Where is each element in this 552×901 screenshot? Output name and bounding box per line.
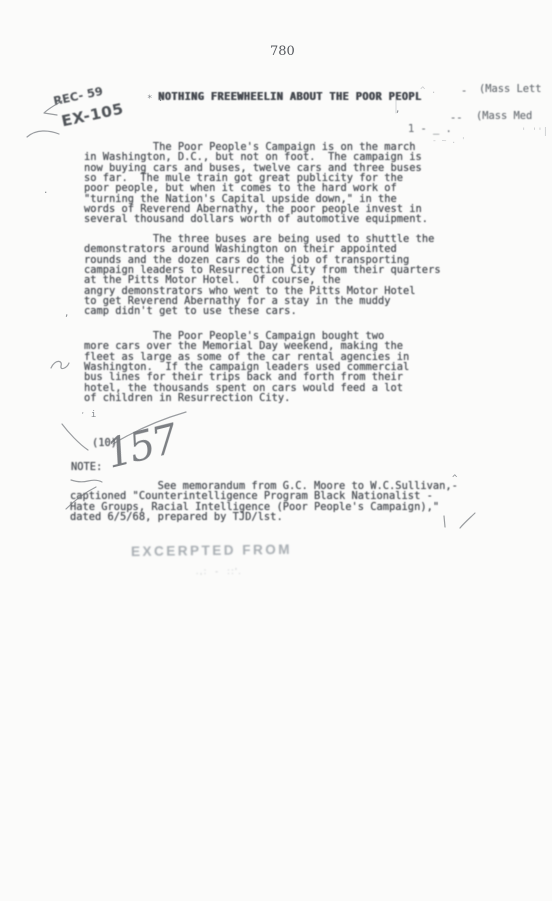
mass-med-dash: -- [450, 113, 463, 123]
mass-med-annotation: (Mass Med [476, 111, 532, 121]
mass-lett-dash: - [461, 86, 467, 96]
handwriting-overlay [0, 0, 552, 901]
page-number: 780 [270, 44, 295, 59]
small-margin-marks: ˑ i [80, 410, 96, 420]
caret-insertion-mark: ^ [452, 474, 457, 484]
title-side-marks: ^ . [420, 86, 436, 96]
paragraph-3: The Poor People's Campaign bought two mo… [84, 331, 484, 403]
comma-speck-2: , [64, 309, 69, 319]
handwritten-number: 157 [101, 416, 180, 478]
comma-speck: , [395, 105, 400, 115]
faded-bottom-stamp-line2: .,: - ::'. [196, 566, 242, 576]
scanned-document-page: { "page": { "number": "780" }, "colors":… [0, 0, 552, 901]
dot-speck: . [43, 186, 48, 196]
margin-squiggle-mark [51, 361, 69, 368]
faded-bottom-stamp-line1: EXCERPTED FROM [131, 542, 292, 559]
pencil-stroke-left [62, 424, 88, 450]
paragraph-2: The three buses are being used to shuttl… [84, 234, 484, 317]
note-paragraph: See memorandum from G.C. Moore to W.C.Su… [70, 481, 480, 522]
paragraph-1: The Poor People's Campaign is on the mar… [84, 142, 484, 225]
document-title: NOTHING FREEWHEELIN ABOUT THE POOR PEOPL [158, 92, 421, 103]
note-label: NOTE: [71, 462, 102, 472]
mass-lett-annotation: (Mass Lett [479, 84, 542, 94]
right-edge-marks: ' ''| [521, 127, 548, 137]
dash-squiggle-mark [27, 131, 59, 137]
copy-count-annotation: 1 - _ . [408, 124, 452, 134]
